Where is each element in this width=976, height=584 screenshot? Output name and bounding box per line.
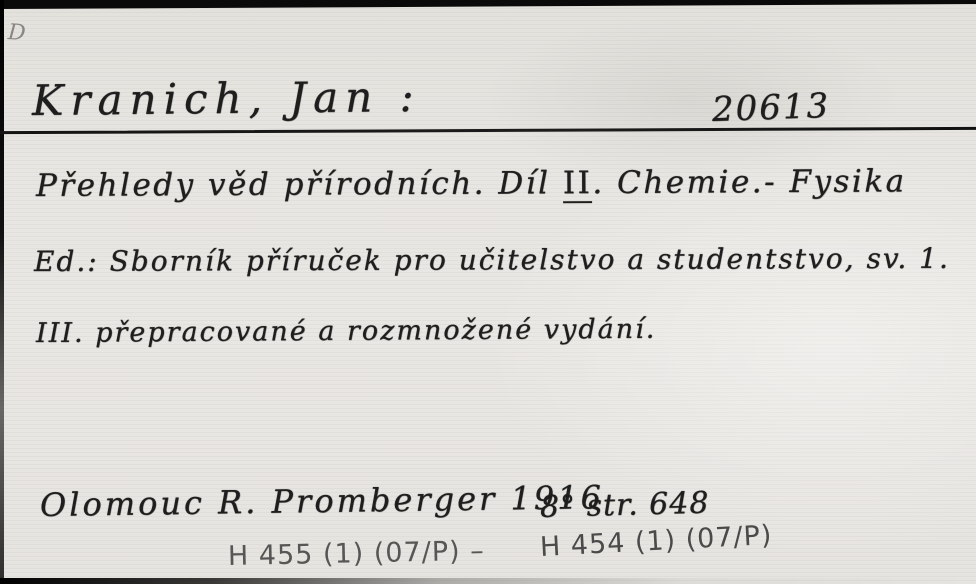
- title-part2: . Chemie.- Fysika: [592, 163, 906, 201]
- scan-top-edge: [0, 0, 976, 9]
- scan-left-edge: [0, 0, 4, 584]
- title-part1: Přehledy věd přírodních. Díl: [36, 165, 563, 204]
- title-roman-numeral: II: [563, 165, 593, 203]
- call-number-left: H 455 (1) (07/P) –: [228, 536, 485, 572]
- call-number-right: H 454 (1) (07/P): [539, 520, 773, 563]
- series-line: Ed.: Sborník příruček pro učitelstvo a s…: [34, 242, 950, 278]
- catalog-card-scan: D Kranich, Jan : 20613 Přehledy věd přír…: [0, 0, 976, 584]
- corner-mark: D: [7, 20, 26, 46]
- title-line: Přehledy věd přírodních. Díl II. Chemie.…: [36, 163, 907, 204]
- heading-rule: [0, 127, 976, 134]
- scan-bottom-edge: [0, 578, 976, 584]
- author-heading: Kranich, Jan :: [32, 72, 421, 125]
- imprint-publisher: Olomouc R. Promberger 1916: [40, 478, 604, 524]
- accession-number: 20613: [711, 86, 830, 130]
- imprint-collation: 8° str. 648: [540, 486, 710, 525]
- edition-line: III. přepracované a rozmnožené vydání.: [36, 314, 656, 349]
